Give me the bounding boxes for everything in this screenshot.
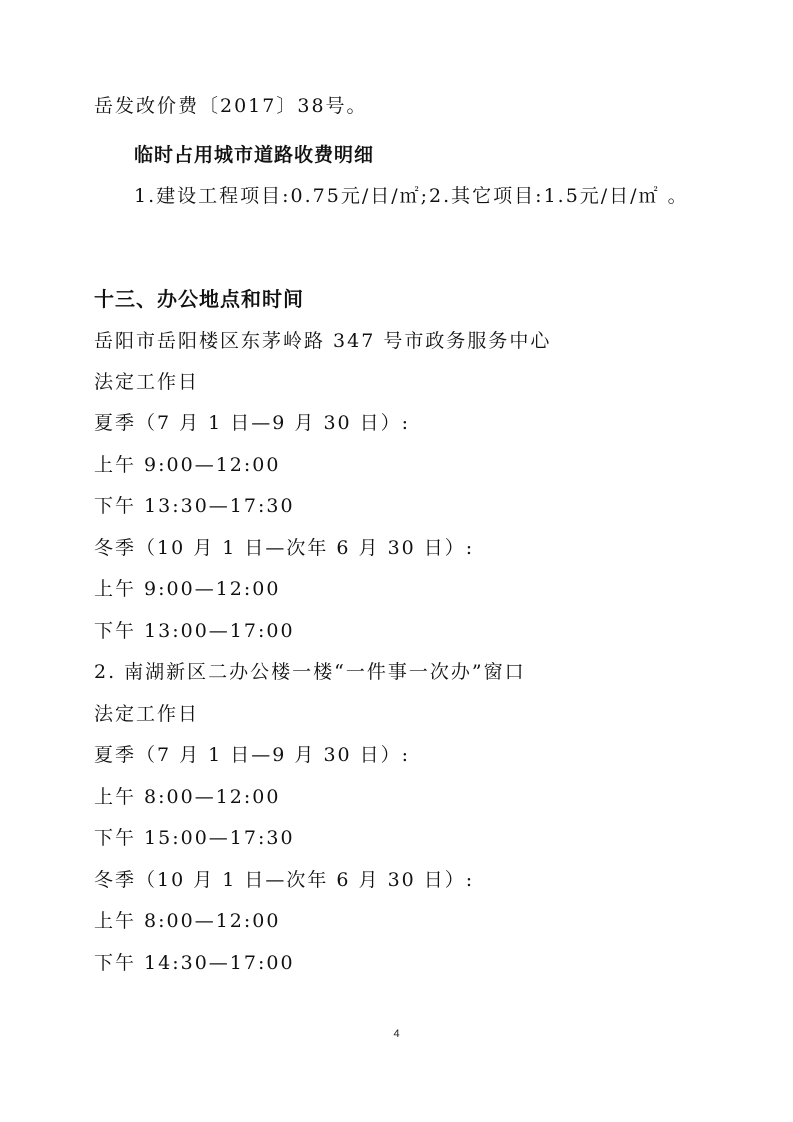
location-1-summer-label: 夏季（7 月 1 日—9 月 30 日）: <box>94 411 410 435</box>
fee-subtitle: 临时占用城市道路收费明细 <box>134 143 374 167</box>
location-2-summer-pm: 下午 15:00—17:30 <box>94 826 295 850</box>
location-2-workday-label: 法定工作日 <box>94 702 199 726</box>
location-1-address: 岳阳市岳阳楼区东茅岭路 347 号市政务服务中心 <box>94 329 551 353</box>
location-2-summer-label: 夏季（7 月 1 日—9 月 30 日）: <box>94 743 410 767</box>
section-heading: 十三、办公地点和时间 <box>94 287 304 311</box>
location-2-winter-pm: 下午 14:30—17:00 <box>94 951 295 975</box>
location-1-winter-pm: 下午 13:00—17:00 <box>94 619 295 643</box>
page-number: 4 <box>0 1028 793 1040</box>
location-1-winter-am: 上午 9:00—12:00 <box>94 577 280 601</box>
location-1-workday-label: 法定工作日 <box>94 370 199 394</box>
location-1-summer-pm: 下午 13:30—17:30 <box>94 494 295 518</box>
location-2-summer-am: 上午 8:00—12:00 <box>94 785 280 809</box>
location-2-winter-am: 上午 8:00—12:00 <box>94 909 280 933</box>
location-1-summer-am: 上午 9:00—12:00 <box>94 453 280 477</box>
location-2-address: 2. 南湖新区二办公楼一楼“一件事一次办”窗口 <box>94 660 526 684</box>
fee-detail: 1.建设工程项目:0.75元/日/㎡;2.其它项目:1.5元/日/㎡ 。 <box>134 184 689 208</box>
location-1-winter-label: 冬季（10 月 1 日—次年 6 月 30 日）: <box>94 536 474 560</box>
fee-reference: 岳发改价费〔2017〕38号。 <box>94 94 368 118</box>
location-2-winter-label: 冬季（10 月 1 日—次年 6 月 30 日）: <box>94 868 474 892</box>
